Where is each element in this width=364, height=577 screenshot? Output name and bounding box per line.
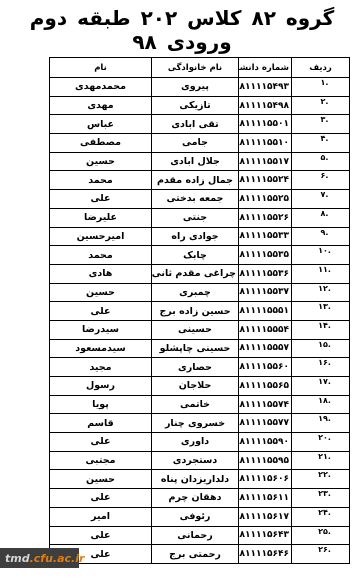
row-number-cell: ۱۵. (292, 339, 350, 358)
class-roster-table: ردیف شماره دانشجو نام خانوادگی نام ۱. ۹۸… (49, 57, 350, 564)
first-name-cell: امیر (50, 507, 152, 526)
row-number: ۱۱. (318, 265, 331, 274)
first-name-cell: امیرحسین (50, 227, 152, 246)
last-name-cell: حسینی (152, 320, 239, 339)
last-name-cell: چمبری (152, 283, 239, 302)
row-number: ۲. (321, 97, 329, 106)
page-title: گروه ۸۲ کلاس ۲۰۲ طبقه دوم ورودی ۹۸ (0, 6, 364, 54)
student-number-cell: ۹۸۱۱۱۱۵۵۹۵ (239, 451, 292, 470)
student-number-cell: ۹۸۱۱۱۱۵۵۵۱ (239, 302, 292, 321)
student-number-cell: ۹۸۱۱۱۱۵۵۲۶ (239, 208, 292, 227)
row-number: ۴. (321, 134, 329, 143)
header-student-number: شماره دانشجو (239, 58, 292, 78)
row-number-cell: ۱۷. (292, 377, 350, 396)
student-number-cell: ۹۸۱۱۱۱۵۵۲۴ (239, 171, 292, 190)
row-number: ۱۰. (318, 246, 331, 255)
row-number-cell: ۱۴. (292, 320, 350, 339)
last-name-cell: جمعه بدختی (152, 190, 239, 209)
row-number: ۶. (321, 171, 329, 180)
row-number: ۳. (321, 115, 329, 124)
row-number: ۲۳. (318, 489, 331, 498)
last-name-cell: جمال زاده مقدم (152, 171, 239, 190)
first-name-cell: مصطفی (50, 134, 152, 153)
row-number-cell: ۲۰. (292, 433, 350, 452)
first-name-cell: مجتبی (50, 451, 152, 470)
row-number: ۱۶. (318, 358, 331, 367)
row-number-cell: ۲۵. (292, 526, 350, 545)
last-name-cell: خسروی چنار (152, 414, 239, 433)
last-name-cell: رحمانی (152, 526, 239, 545)
header-last-name: نام خانوادگی (152, 58, 239, 78)
row-number-cell: ۱۱. (292, 264, 350, 283)
student-number-cell: ۹۸۱۱۱۱۵۵۶۵ (239, 377, 292, 396)
table-row: ۲. ۹۸۱۱۱۱۵۴۹۸ تازیکی مهدی (50, 96, 350, 115)
last-name-cell: دستجردی (152, 451, 239, 470)
student-number-cell: ۹۸۱۱۱۱۵۴۹۳ (239, 78, 292, 97)
table-row: ۲۴. ۹۸۱۱۱۱۵۶۱۷ رئوفی امیر (50, 507, 350, 526)
last-name-cell: جامی (152, 134, 239, 153)
header-row-number: ردیف (292, 58, 350, 78)
row-number: ۷. (321, 190, 329, 199)
last-name-cell: جوادی راه (152, 227, 239, 246)
row-number-cell: ۶. (292, 171, 350, 190)
table-row: ۱. ۹۸۱۱۱۱۵۴۹۳ پیروی محمدمهدی (50, 78, 350, 97)
last-name-cell: دهقان چرم (152, 489, 239, 508)
row-number: ۱. (321, 78, 329, 87)
last-name-cell: داوری (152, 433, 239, 452)
last-name-cell: چابک (152, 246, 239, 265)
row-number-cell: ۲۳. (292, 489, 350, 508)
table-row: ۲۵. ۹۸۱۱۱۱۵۶۴۳ رحمانی علی (50, 526, 350, 545)
student-number-cell: ۹۸۱۱۱۱۵۶۱۷ (239, 507, 292, 526)
row-number-cell: ۳. (292, 115, 350, 134)
first-name-cell: علی (50, 190, 152, 209)
student-number-cell: ۹۸۱۱۱۱۵۶۱۱ (239, 489, 292, 508)
row-number-cell: ۱۰. (292, 246, 350, 265)
row-number: ۲۲. (318, 470, 331, 479)
first-name-cell: علی (50, 302, 152, 321)
last-name-cell: حسینی چاپشلو (152, 339, 239, 358)
row-number-cell: ۷. (292, 190, 350, 209)
row-number: ۱۹. (318, 414, 331, 423)
table-row: ۲۱. ۹۸۱۱۱۱۵۵۹۵ دستجردی مجتبی (50, 451, 350, 470)
table-row: ۱۷. ۹۸۱۱۱۱۵۵۶۵ حلاجان رسول (50, 377, 350, 396)
last-name-cell: پیروی (152, 78, 239, 97)
last-name-cell: رئوفی (152, 507, 239, 526)
student-number-cell: ۹۸۱۱۱۱۵۶۰۶ (239, 470, 292, 489)
table-row: ۳. ۹۸۱۱۱۱۵۵۰۱ تقی ابادی عباس (50, 115, 350, 134)
first-name-cell: عباس (50, 115, 152, 134)
row-number-cell: ۴. (292, 134, 350, 153)
first-name-cell: سیدمسعود (50, 339, 152, 358)
first-name-cell: مهدی (50, 96, 152, 115)
table-row: ۲۲. ۹۸۱۱۱۱۵۶۰۶ دلداریزدان پناه حسین (50, 470, 350, 489)
student-number-cell: ۹۸۱۱۱۱۵۴۹۸ (239, 96, 292, 115)
student-number-cell: ۹۸۱۱۱۱۵۵۱۰ (239, 134, 292, 153)
row-number-cell: ۸. (292, 208, 350, 227)
table-row: ۶. ۹۸۱۱۱۱۵۵۲۴ جمال زاده مقدم محمد (50, 171, 350, 190)
row-number-cell: ۲. (292, 96, 350, 115)
row-number: ۲۶. (318, 545, 331, 554)
first-name-cell: قاسم (50, 414, 152, 433)
table-row: ۱۰. ۹۸۱۱۱۱۵۵۳۵ چابک محمد (50, 246, 350, 265)
table-row: ۱۵. ۹۸۱۱۱۱۵۵۵۷ حسینی چاپشلو سیدمسعود (50, 339, 350, 358)
row-number: ۵. (321, 153, 329, 162)
row-number: ۸. (321, 209, 329, 218)
last-name-cell: حصاری (152, 358, 239, 377)
watermark-suffix: .cfu.ac.ir (30, 552, 85, 565)
first-name-cell: علی (50, 433, 152, 452)
row-number-cell: ۱۲. (292, 283, 350, 302)
row-number: ۲۱. (318, 452, 331, 461)
table-row: ۸. ۹۸۱۱۱۱۵۵۲۶ جنتی علیرضا (50, 208, 350, 227)
student-number-cell: ۹۸۱۱۱۱۵۵۹۰ (239, 433, 292, 452)
last-name-cell: رحمتی برج (152, 545, 239, 564)
first-name-cell: حسین (50, 283, 152, 302)
student-number-cell: ۹۸۱۱۱۱۵۵۳۵ (239, 246, 292, 265)
row-number: ۱۵. (318, 340, 331, 349)
last-name-cell: جنتی (152, 208, 239, 227)
last-name-cell: تازیکی (152, 96, 239, 115)
row-number-cell: ۲۲. (292, 470, 350, 489)
row-number: ۱۴. (318, 321, 331, 330)
table-row: ۱۶. ۹۸۱۱۱۱۵۵۶۰ حصاری مجید (50, 358, 350, 377)
student-number-cell: ۹۸۱۱۱۱۵۵۵۴ (239, 320, 292, 339)
table-row: ۲۶. ۹۸۱۱۱۱۵۶۴۶ رحمتی برج علی (50, 545, 350, 564)
first-name-cell: سیدرضا (50, 320, 152, 339)
row-number-cell: ۹. (292, 227, 350, 246)
row-number-cell: ۵. (292, 152, 350, 171)
student-number-cell: ۹۸۱۱۱۱۵۵۷۴ (239, 395, 292, 414)
table-row: ۵. ۹۸۱۱۱۱۵۵۱۷ جلال ابادی حسین (50, 152, 350, 171)
first-name-cell: محمد (50, 171, 152, 190)
row-number: ۲۴. (318, 508, 331, 517)
student-number-cell: ۹۸۱۱۱۱۵۶۴۶ (239, 545, 292, 564)
first-name-cell: هادی (50, 264, 152, 283)
student-number-cell: ۹۸۱۱۱۱۵۵۷۷ (239, 414, 292, 433)
table-row: ۷. ۹۸۱۱۱۱۵۵۲۵ جمعه بدختی علی (50, 190, 350, 209)
row-number-cell: ۱. (292, 78, 350, 97)
first-name-cell: پویا (50, 395, 152, 414)
row-number: ۱۷. (318, 377, 331, 386)
first-name-cell: علی (50, 526, 152, 545)
row-number-cell: ۱۳. (292, 302, 350, 321)
row-number-cell: ۱۶. (292, 358, 350, 377)
header-first-name: نام (50, 58, 152, 78)
student-number-cell: ۹۸۱۱۱۱۵۶۴۳ (239, 526, 292, 545)
first-name-cell: مجید (50, 358, 152, 377)
row-number: ۱۸. (318, 396, 331, 405)
table-row: ۱۱. ۹۸۱۱۱۱۵۵۳۶ چراغی مقدم ثانی هادی (50, 264, 350, 283)
last-name-cell: دلداریزدان پناه (152, 470, 239, 489)
first-name-cell: محمدمهدی (50, 78, 152, 97)
last-name-cell: خاتمی (152, 395, 239, 414)
table-row: ۲۳. ۹۸۱۱۱۱۵۶۱۱ دهقان چرم علی (50, 489, 350, 508)
table-row: ۱۲. ۹۸۱۱۱۱۵۵۳۷ چمبری حسین (50, 283, 350, 302)
student-number-cell: ۹۸۱۱۱۱۵۵۶۰ (239, 358, 292, 377)
student-number-cell: ۹۸۱۱۱۱۵۵۲۵ (239, 190, 292, 209)
first-name-cell: علی (50, 489, 152, 508)
table-body: ۱. ۹۸۱۱۱۱۵۴۹۳ پیروی محمدمهدی ۲. ۹۸۱۱۱۱۵۴… (50, 78, 350, 564)
last-name-cell: حسین زاده برج (152, 302, 239, 321)
last-name-cell: چراغی مقدم ثانی (152, 264, 239, 283)
row-number-cell: ۱۹. (292, 414, 350, 433)
table-row: ۱۸. ۹۸۱۱۱۱۵۵۷۴ خاتمی پویا (50, 395, 350, 414)
table-header-row: ردیف شماره دانشجو نام خانوادگی نام (50, 58, 350, 78)
first-name-cell: حسین (50, 152, 152, 171)
student-number-cell: ۹۸۱۱۱۱۵۵۵۷ (239, 339, 292, 358)
table-row: ۱۹. ۹۸۱۱۱۱۵۵۷۷ خسروی چنار قاسم (50, 414, 350, 433)
row-number-cell: ۲۴. (292, 507, 350, 526)
student-number-cell: ۹۸۱۱۱۱۵۵۱۷ (239, 152, 292, 171)
row-number: ۱۲. (318, 284, 331, 293)
student-number-cell: ۹۸۱۱۱۱۵۵۳۶ (239, 264, 292, 283)
row-number-cell: ۱۸. (292, 395, 350, 414)
student-number-cell: ۹۸۱۱۱۱۵۵۰۱ (239, 115, 292, 134)
student-number-cell: ۹۸۱۱۱۱۵۵۳۷ (239, 283, 292, 302)
last-name-cell: حلاجان (152, 377, 239, 396)
table-row: ۱۳. ۹۸۱۱۱۱۵۵۵۱ حسین زاده برج علی (50, 302, 350, 321)
student-number-cell: ۹۸۱۱۱۱۵۵۳۳ (239, 227, 292, 246)
watermark-prefix: tmd (5, 552, 30, 565)
table-row: ۹. ۹۸۱۱۱۱۵۵۳۳ جوادی راه امیرحسین (50, 227, 350, 246)
first-name-cell: رسول (50, 377, 152, 396)
first-name-cell: محمد (50, 246, 152, 265)
row-number-cell: ۲۱. (292, 451, 350, 470)
row-number: ۲۰. (318, 433, 331, 442)
last-name-cell: تقی ابادی (152, 115, 239, 134)
row-number: ۱۳. (318, 302, 331, 311)
last-name-cell: جلال ابادی (152, 152, 239, 171)
table-row: ۲۰. ۹۸۱۱۱۱۵۵۹۰ داوری علی (50, 433, 350, 452)
row-number: ۹. (321, 228, 329, 237)
row-number: ۲۵. (318, 527, 331, 536)
first-name-cell: علیرضا (50, 208, 152, 227)
first-name-cell: حسین (50, 470, 152, 489)
site-watermark: tmd.cfu.ac.ir (0, 548, 79, 568)
table-row: ۱۴. ۹۸۱۱۱۱۵۵۵۴ حسینی سیدرضا (50, 320, 350, 339)
table-row: ۴. ۹۸۱۱۱۱۵۵۱۰ جامی مصطفی (50, 134, 350, 153)
row-number-cell: ۲۶. (292, 545, 350, 564)
